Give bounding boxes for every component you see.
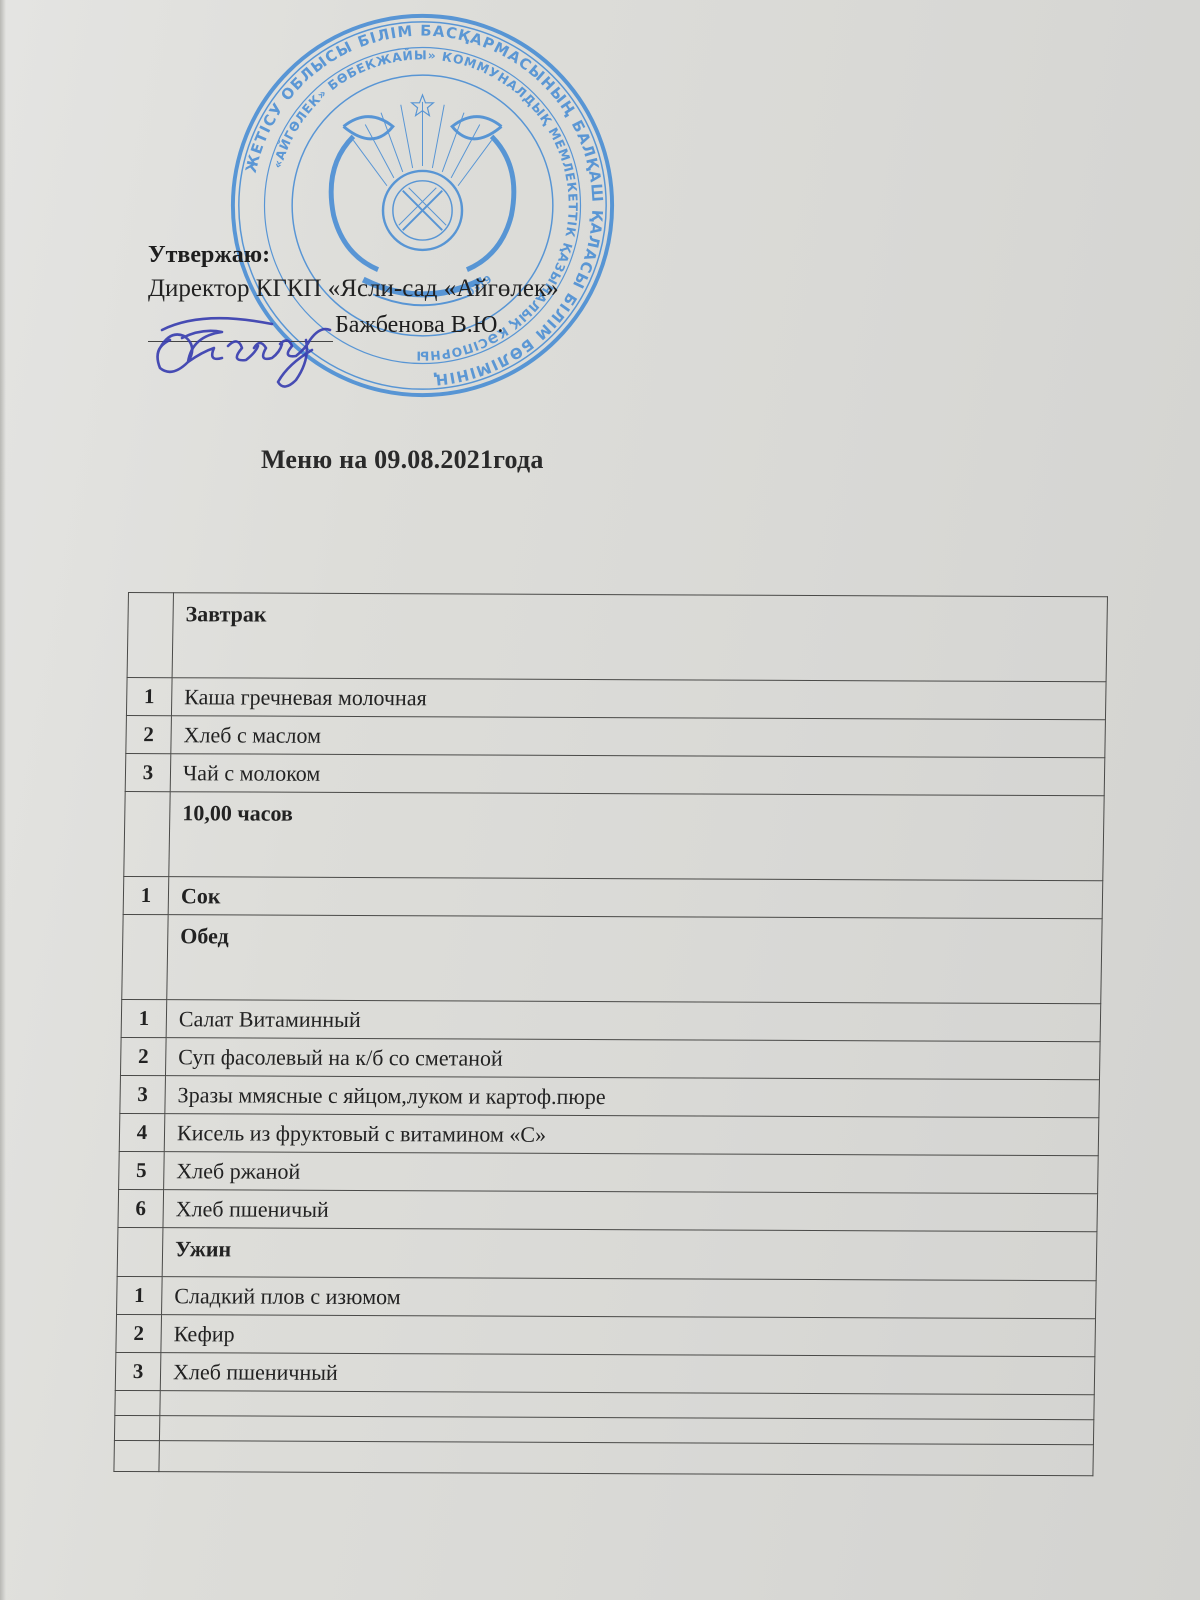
menu-item-row: 3Хлеб пшеничный — [115, 1352, 1095, 1394]
empty-number-cell — [114, 1415, 159, 1440]
item-name: Чай с молоком — [170, 754, 1105, 796]
item-number: 1 — [126, 677, 172, 715]
menu-item-row: 1Сок — [123, 876, 1103, 918]
item-name: Зразы ммясные с яйцом,луком и картоф.пюр… — [165, 1076, 1100, 1118]
menu-table-container: Завтрак1Каша гречневая молочная2Хлеб с м… — [113, 592, 1108, 1476]
item-name: Кефир — [161, 1315, 1096, 1357]
approval-label: Утвержаю: — [148, 238, 559, 272]
section-number-cell — [127, 593, 173, 678]
item-name: Салат Витаминный — [166, 1000, 1101, 1042]
item-name: Хлеб пшеничный — [160, 1353, 1095, 1395]
menu-item-row: 5Хлеб ржаной — [119, 1151, 1099, 1193]
signature-blank — [148, 313, 333, 342]
menu-item-row: 2Кефир — [116, 1314, 1096, 1356]
item-number: 3 — [115, 1352, 161, 1390]
stamp-emblem-icon: ЖЕТІСУ ОБЛЫСЫ БІЛІМ БАСҚАРМАСЫНЫҢ БАЛҚАШ… — [225, 8, 620, 403]
menu-item-row: 3Зразы ммясные с яйцом,луком и картоф.пю… — [120, 1075, 1100, 1117]
menu-item-row: 2Суп фасолевый на к/б со сметаной — [120, 1037, 1100, 1079]
item-number: 3 — [125, 753, 171, 791]
item-name: Хлеб ржаной — [164, 1152, 1099, 1194]
menu-title: Меню на 09.08.2021года — [261, 445, 544, 475]
empty-number-cell — [115, 1390, 160, 1415]
signature-line: Бажбенова В.Ю. — [148, 306, 559, 342]
section-title: Завтрак — [172, 593, 1107, 682]
menu-item-row: 6Хлеб пшеничый — [118, 1189, 1098, 1231]
item-number: 5 — [119, 1151, 165, 1189]
item-number: 1 — [117, 1276, 163, 1314]
menu-item-row: 3Чай с молоком — [125, 753, 1105, 795]
menu-item-row: 2Хлеб с маслом — [126, 715, 1106, 757]
item-number: 6 — [118, 1189, 164, 1227]
menu-section-row: 10,00 часов — [124, 791, 1104, 880]
item-number: 2 — [120, 1037, 166, 1075]
item-name: Сок — [168, 877, 1103, 919]
section-number-cell — [117, 1227, 163, 1276]
menu-section-row: Обед — [122, 914, 1102, 1003]
item-number: 1 — [121, 999, 167, 1037]
menu-section-row: Завтрак — [127, 593, 1107, 682]
empty-name-cell — [159, 1441, 1094, 1476]
item-name: Хлеб пшеничый — [163, 1190, 1098, 1232]
page-edge-shadow — [0, 0, 6, 1600]
item-number: 1 — [123, 876, 169, 914]
section-title: Ужин — [162, 1228, 1097, 1281]
menu-section-row: Ужин — [117, 1227, 1097, 1280]
menu-item-row: 4Кисель из фруктовый с витамином «С» — [119, 1113, 1099, 1155]
official-stamp: ЖЕТІСУ ОБЛЫСЫ БІЛІМ БАСҚАРМАСЫНЫҢ БАЛҚАШ… — [225, 8, 620, 403]
item-number: 2 — [116, 1314, 162, 1352]
item-name: Кисель из фруктовый с витамином «С» — [164, 1114, 1099, 1156]
menu-item-row: 1Салат Витаминный — [121, 999, 1101, 1041]
item-number: 3 — [120, 1075, 166, 1113]
section-number-cell — [122, 914, 168, 999]
menu-item-row: 1Сладкий плов с изюмом — [117, 1276, 1097, 1318]
approval-block: Утвержаю: Директор КГКП «Ясли-сад «Айгөл… — [148, 238, 559, 342]
item-name: Каша гречневая молочная — [171, 678, 1106, 720]
section-title: Обед — [167, 915, 1102, 1004]
section-number-cell — [124, 791, 170, 876]
item-number: 2 — [126, 715, 172, 753]
menu-table: Завтрак1Каша гречневая молочная2Хлеб с м… — [113, 592, 1108, 1476]
item-number: 4 — [119, 1113, 165, 1151]
item-name: Суп фасолевый на к/б со сметаной — [165, 1038, 1100, 1080]
empty-number-cell — [114, 1440, 160, 1471]
section-title: 10,00 часов — [169, 792, 1104, 881]
empty-row — [114, 1440, 1094, 1475]
menu-item-row: 1Каша гречневая молочная — [126, 677, 1106, 719]
signer-name: Бажбенова В.Ю. — [335, 308, 503, 342]
director-position: Директор КГКП «Ясли-сад «Айгөлек» — [148, 272, 559, 306]
item-name: Хлеб с маслом — [171, 716, 1106, 758]
item-name: Сладкий плов с изюмом — [162, 1277, 1097, 1319]
